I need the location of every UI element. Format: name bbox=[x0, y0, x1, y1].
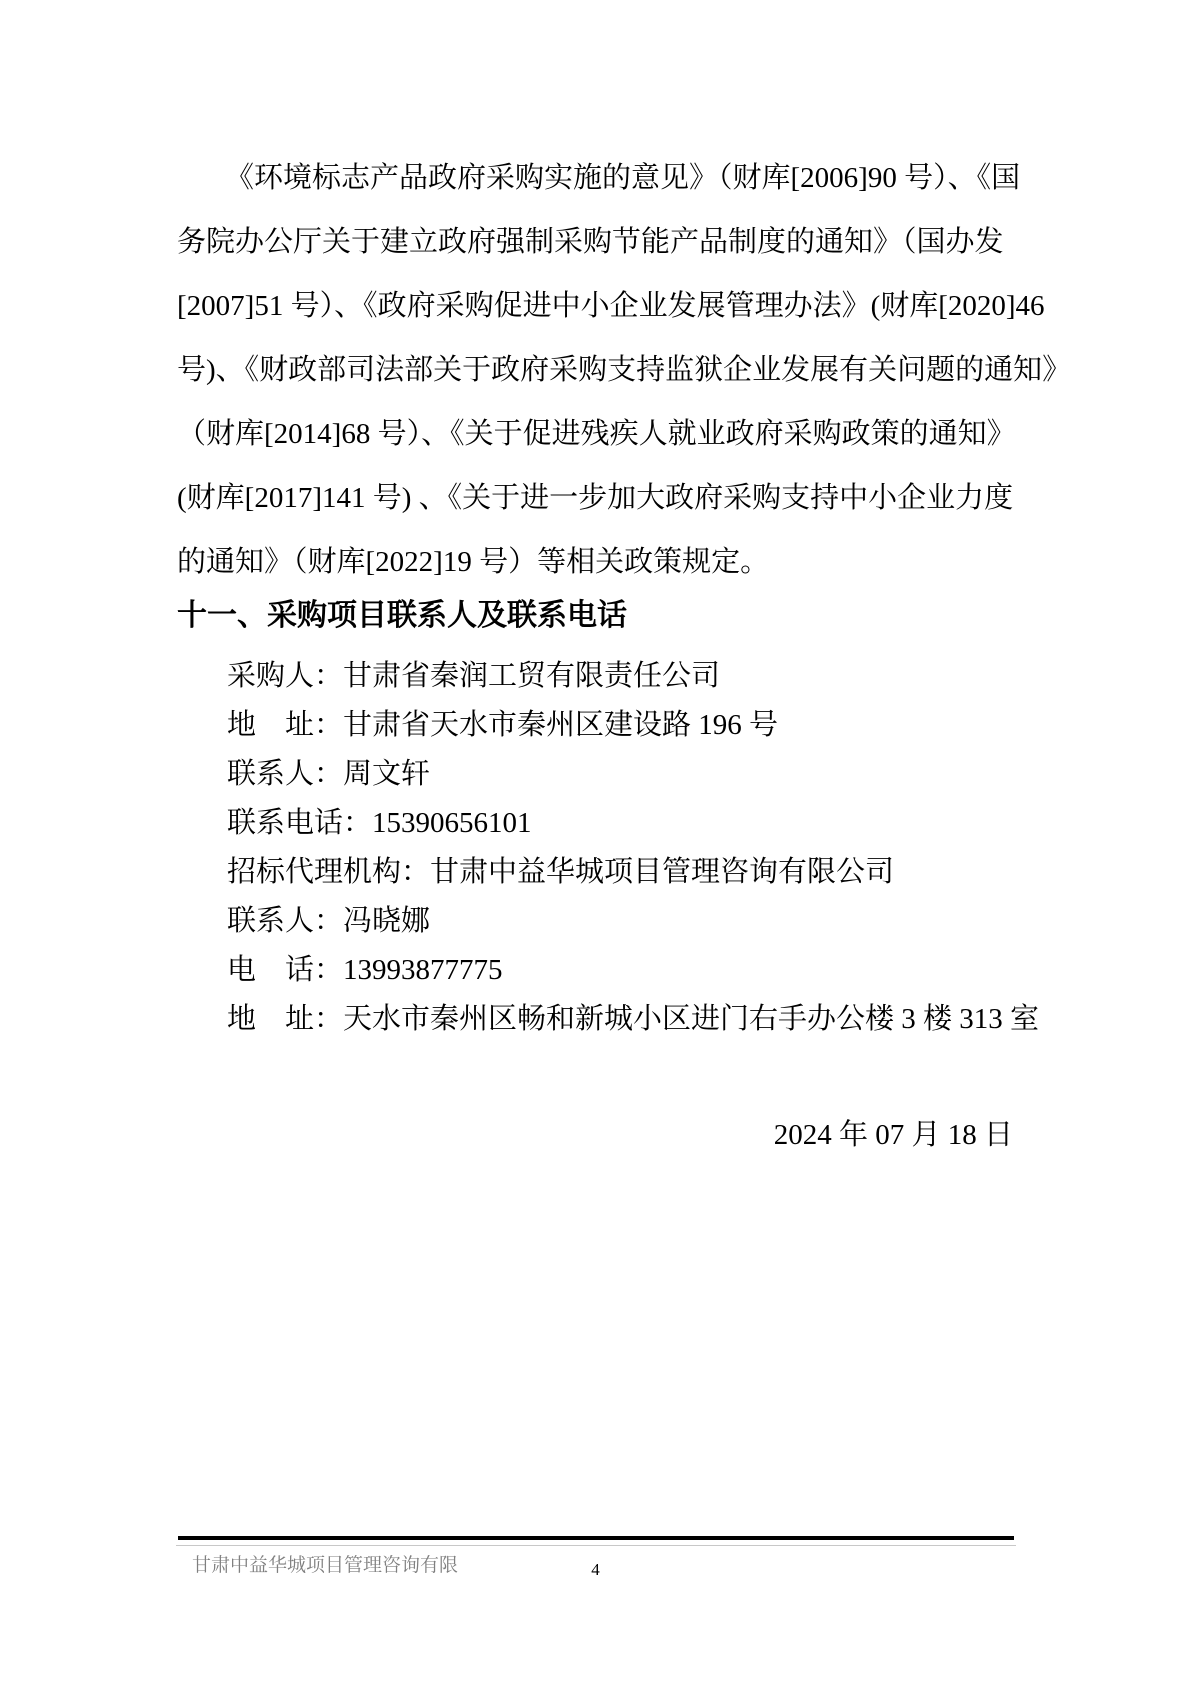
contact-line-agency-person: 联系人：冯晓娜 bbox=[227, 897, 1039, 946]
paragraph-line: （财库[2014]68 号）、《关于促进残疾人就业政府采购政策的通知》 bbox=[177, 402, 1023, 466]
document-page: 《环境标志产品政府采购实施的意见》（财库[2006]90 号）、《国 务院办公厅… bbox=[0, 0, 1191, 1684]
paragraph-line: 《环境标志产品政府采购实施的意见》（财库[2006]90 号）、《国 bbox=[177, 146, 1023, 210]
contact-info-block: 采购人：甘肃省秦润工贸有限责任公司 地 址：甘肃省天水市秦州区建设路 196 号… bbox=[227, 652, 1039, 1044]
page-number: 4 bbox=[0, 1560, 1191, 1580]
paragraph-line: [2007]51 号）、《政府采购促进中小企业发展管理办法》(财库[2020]4… bbox=[177, 274, 1023, 338]
contact-line-phone: 联系电话：15390656101 bbox=[227, 799, 1039, 848]
contact-line-agency: 招标代理机构：甘肃中益华城项目管理咨询有限公司 bbox=[227, 848, 1039, 897]
paragraph-line: 的通知》（财库[2022]19 号）等相关政策规定。 bbox=[177, 530, 1023, 594]
contact-line-agency-address: 地 址：天水市秦州区畅和新城小区进门右手办公楼 3 楼 313 室 bbox=[227, 995, 1039, 1044]
paragraph-line: 号)、《财政部司法部关于政府采购支持监狱企业发展有关问题的通知》 bbox=[177, 338, 1023, 402]
contact-line-address: 地 址：甘肃省天水市秦州区建设路 196 号 bbox=[227, 701, 1039, 750]
footer-divider-thick bbox=[178, 1536, 1014, 1540]
document-date: 2024 年 07 月 18 日 bbox=[774, 1112, 1013, 1153]
contact-line-agency-phone: 电 话：13993877775 bbox=[227, 946, 1039, 995]
contact-line-purchaser: 采购人：甘肃省秦润工贸有限责任公司 bbox=[227, 652, 1039, 701]
policy-paragraph: 《环境标志产品政府采购实施的意见》（财库[2006]90 号）、《国 务院办公厅… bbox=[177, 146, 1023, 594]
section-heading: 十一、采购项目联系人及联系电话 bbox=[177, 590, 627, 634]
paragraph-line: 务院办公厅关于建立政府强制采购节能产品制度的通知》（国办发 bbox=[177, 210, 1023, 274]
footer-divider-thin bbox=[176, 1545, 1016, 1546]
contact-line-person: 联系人：周文轩 bbox=[227, 750, 1039, 799]
paragraph-line: (财库[2017]141 号) 、《关于进一步加大政府采购支持中小企业力度 bbox=[177, 466, 1023, 530]
